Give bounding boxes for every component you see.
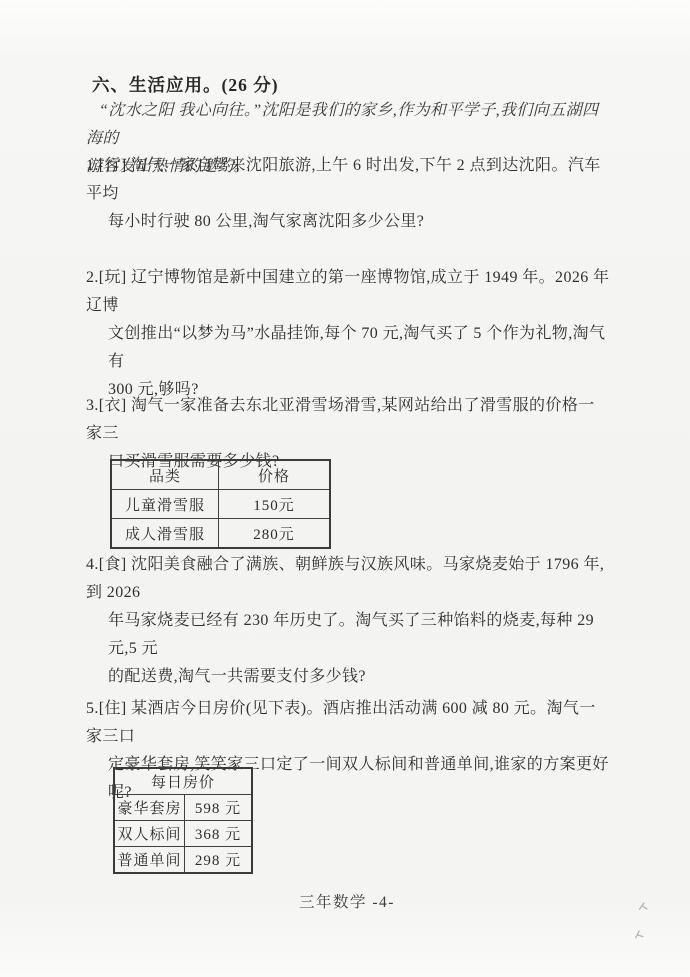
table-row: 普通单间 298 元 — [114, 847, 252, 874]
cell-price: 280元 — [219, 519, 331, 549]
pen-mark-icon — [636, 898, 651, 918]
question-line: 3.[衣] 淘气一家准备去东北亚滑雪场滑雪,某网站给出了滑雪服的价格一家三 — [86, 392, 611, 448]
column-header-price: 价格 — [219, 460, 331, 490]
room-price-table: 每日房价 豪华套房 598 元 双人标间 368 元 普通单间 298 元 — [113, 767, 253, 874]
cell-item: 儿童滑雪服 — [111, 490, 219, 519]
table-header-row: 品类 价格 — [111, 460, 330, 490]
question-line: 的配送费,淘气一共需要支付多少钱? — [108, 663, 611, 691]
table-title: 每日房价 — [114, 768, 252, 795]
intro-line-1: “沈水之阳 我心向往。”沈阳是我们的家乡,作为和平学子,我们向五湖四海的 — [86, 97, 611, 153]
table-row: 成人滑雪服 280元 — [111, 519, 330, 549]
pen-mark-icon — [631, 926, 648, 947]
cell-price: 598 元 — [185, 795, 253, 821]
question-line: 2.[玩] 辽宁博物馆是新中国建立的第一座博物馆,成立于 1949 年。2026… — [86, 264, 611, 320]
column-header-category: 品类 — [111, 460, 219, 490]
cell-item: 成人滑雪服 — [111, 519, 219, 549]
question-line: 年马家烧麦已经有 230 年历史了。淘气买了三种馅料的烧麦,每种 29 元,5 … — [108, 607, 611, 663]
table-row: 豪华套房 598 元 — [114, 795, 252, 821]
cell-price: 298 元 — [185, 847, 253, 874]
page-footer: 三年数学 -4- — [299, 890, 395, 912]
table-row: 双人标间 368 元 — [114, 821, 252, 847]
section-title: 六、生活应用。(26 分) — [92, 72, 279, 97]
cell-price: 150元 — [219, 490, 331, 519]
question-line: 1.[行] 淘气一家自驾来沈阳旅游,上午 6 时出发,下午 2 点到达沈阳。汽车… — [86, 152, 611, 208]
question-line: 5.[住] 某酒店今日房价(见下表)。酒店推出活动满 600 减 80 元。淘气… — [86, 695, 611, 751]
table-title-row: 每日房价 — [114, 768, 252, 795]
ski-suit-price-table: 品类 价格 儿童滑雪服 150元 成人滑雪服 280元 — [110, 459, 331, 549]
question-line: 4.[食] 沈阳美食融合了满族、朝鲜族与汉族风味。马家烧麦始于 1796 年,到… — [86, 551, 611, 607]
table-row: 儿童滑雪服 150元 — [111, 490, 330, 519]
question-2-play: 2.[玩] 辽宁博物馆是新中国建立的第一座博物馆,成立于 1949 年。2026… — [86, 264, 611, 404]
question-1-travel: 1.[行] 淘气一家自驾来沈阳旅游,上午 6 时出发,下午 2 点到达沈阳。汽车… — [86, 152, 611, 236]
cell-room-type: 豪华套房 — [114, 795, 185, 821]
question-line: 每小时行驶 80 公里,淘气家离沈阳多少公里? — [108, 208, 611, 236]
cell-price: 368 元 — [185, 821, 253, 847]
scanned-test-page: 六、生活应用。(26 分) “沈水之阳 我心向往。”沈阳是我们的家乡,作为和平学… — [0, 0, 690, 977]
question-4-food: 4.[食] 沈阳美食融合了满族、朝鲜族与汉族风味。马家烧麦始于 1796 年,到… — [86, 551, 611, 691]
cell-room-type: 普通单间 — [114, 847, 185, 874]
cell-room-type: 双人标间 — [114, 821, 185, 847]
question-line: 文创推出“以梦为马”水晶挂饰,每个 70 元,淘气买了 5 个作为礼物,淘气有 — [108, 320, 611, 376]
